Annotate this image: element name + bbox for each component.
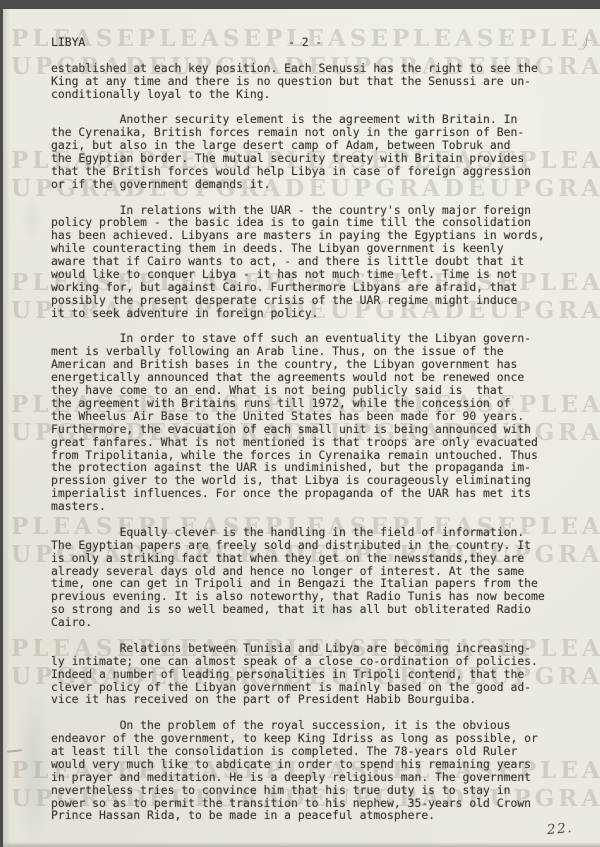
paragraph: Equally clever is the handling in the fi… <box>51 526 571 629</box>
text-line: The Egyptian papers are freely sold and … <box>51 539 571 552</box>
paper-page: PLEASEPLEASEPLEASEPLEASEPLEASEUPGRADEUPG… <box>3 9 600 847</box>
page-header: LIBYA - 2 - <box>51 36 571 49</box>
text-line: Cairo. <box>51 616 571 629</box>
text-line: would very much like to abdicate in orde… <box>51 758 571 771</box>
text-line: great fanfares. What is not mentioned is… <box>51 436 571 449</box>
text-line: vice it has received on the part of Pres… <box>51 693 571 706</box>
text-line: so strong and is so well beamed, that it… <box>51 603 571 616</box>
text-line: Prince Hassan Rida, to be made in a peac… <box>51 809 571 822</box>
pencil-corner-mark <box>578 36 588 51</box>
text-line: the agreement with Britains runs till 19… <box>51 397 571 410</box>
scan-left-edge-shadow <box>3 9 10 847</box>
text-line: in prayer and meditation. He is a deeply… <box>51 771 571 784</box>
text-line: ly intimate; one can almost speak of a c… <box>51 655 571 668</box>
text-line: the Egyptian border. The mutual security… <box>51 152 571 165</box>
text-line: possibly the present desperate crisis of… <box>51 294 571 307</box>
text-line: masters. <box>51 500 571 513</box>
text-line: would like to conquer Libya - it has not… <box>51 268 571 281</box>
text-line: that the British forces would help Libya… <box>51 165 571 178</box>
paragraph: established at each key position. Each S… <box>51 62 571 101</box>
text-line: King at any time and there is no questio… <box>51 75 571 88</box>
text-line: established at each key position. Each S… <box>51 62 571 75</box>
text-line: nevertheless tries to convince him that … <box>51 784 571 797</box>
text-line: it to seek adventure in foreign policy. <box>51 307 571 320</box>
handwritten-page-number: 22. <box>546 820 573 838</box>
paragraph: In relations with the UAR - the country'… <box>51 204 571 320</box>
page-title: LIBYA <box>51 36 85 49</box>
scan-bottom-edge-shadow <box>3 842 600 847</box>
text-line: conditionally loyal to the King. <box>51 88 571 101</box>
text-line: or if the government demands it. <box>51 178 571 191</box>
text-line: Equally clever is the handling in the fi… <box>51 526 571 539</box>
text-line: Relations between Tunisia and Libya are … <box>51 642 571 655</box>
text-line: working for, but against Cairo. Furtherm… <box>51 281 571 294</box>
paragraph: On the problem of the royal succession, … <box>51 719 571 822</box>
text-line: Furthermore, the evacuation of each smal… <box>51 423 571 436</box>
scan-stain <box>17 689 51 847</box>
text-line: imperialist influences. For once the pro… <box>51 487 571 500</box>
scan-stain <box>23 189 41 249</box>
document-body: established at each key position. Each S… <box>51 62 571 823</box>
page-number-label: - 2 - <box>288 36 322 49</box>
paragraph: In order to stave off such an eventualit… <box>51 332 571 512</box>
text-line: the Wheelus Air Base to the United State… <box>51 410 571 423</box>
text-line: is only a striking fact that when they g… <box>51 552 571 565</box>
text-line: Indeed a number of leading personalities… <box>51 668 571 681</box>
paragraph: Relations between Tunisia and Libya are … <box>51 642 571 706</box>
typed-content: LIBYA - 2 - established at each key posi… <box>51 36 571 822</box>
paragraph: Another security element is the agreemen… <box>51 113 571 190</box>
text-line: at least till the consolidation is compl… <box>51 745 571 758</box>
scanned-document-screenshot: { "colors": { "paper": "#ece9e0", "ink":… <box>0 0 600 847</box>
text-line: they have come to an end. What is not be… <box>51 384 571 397</box>
